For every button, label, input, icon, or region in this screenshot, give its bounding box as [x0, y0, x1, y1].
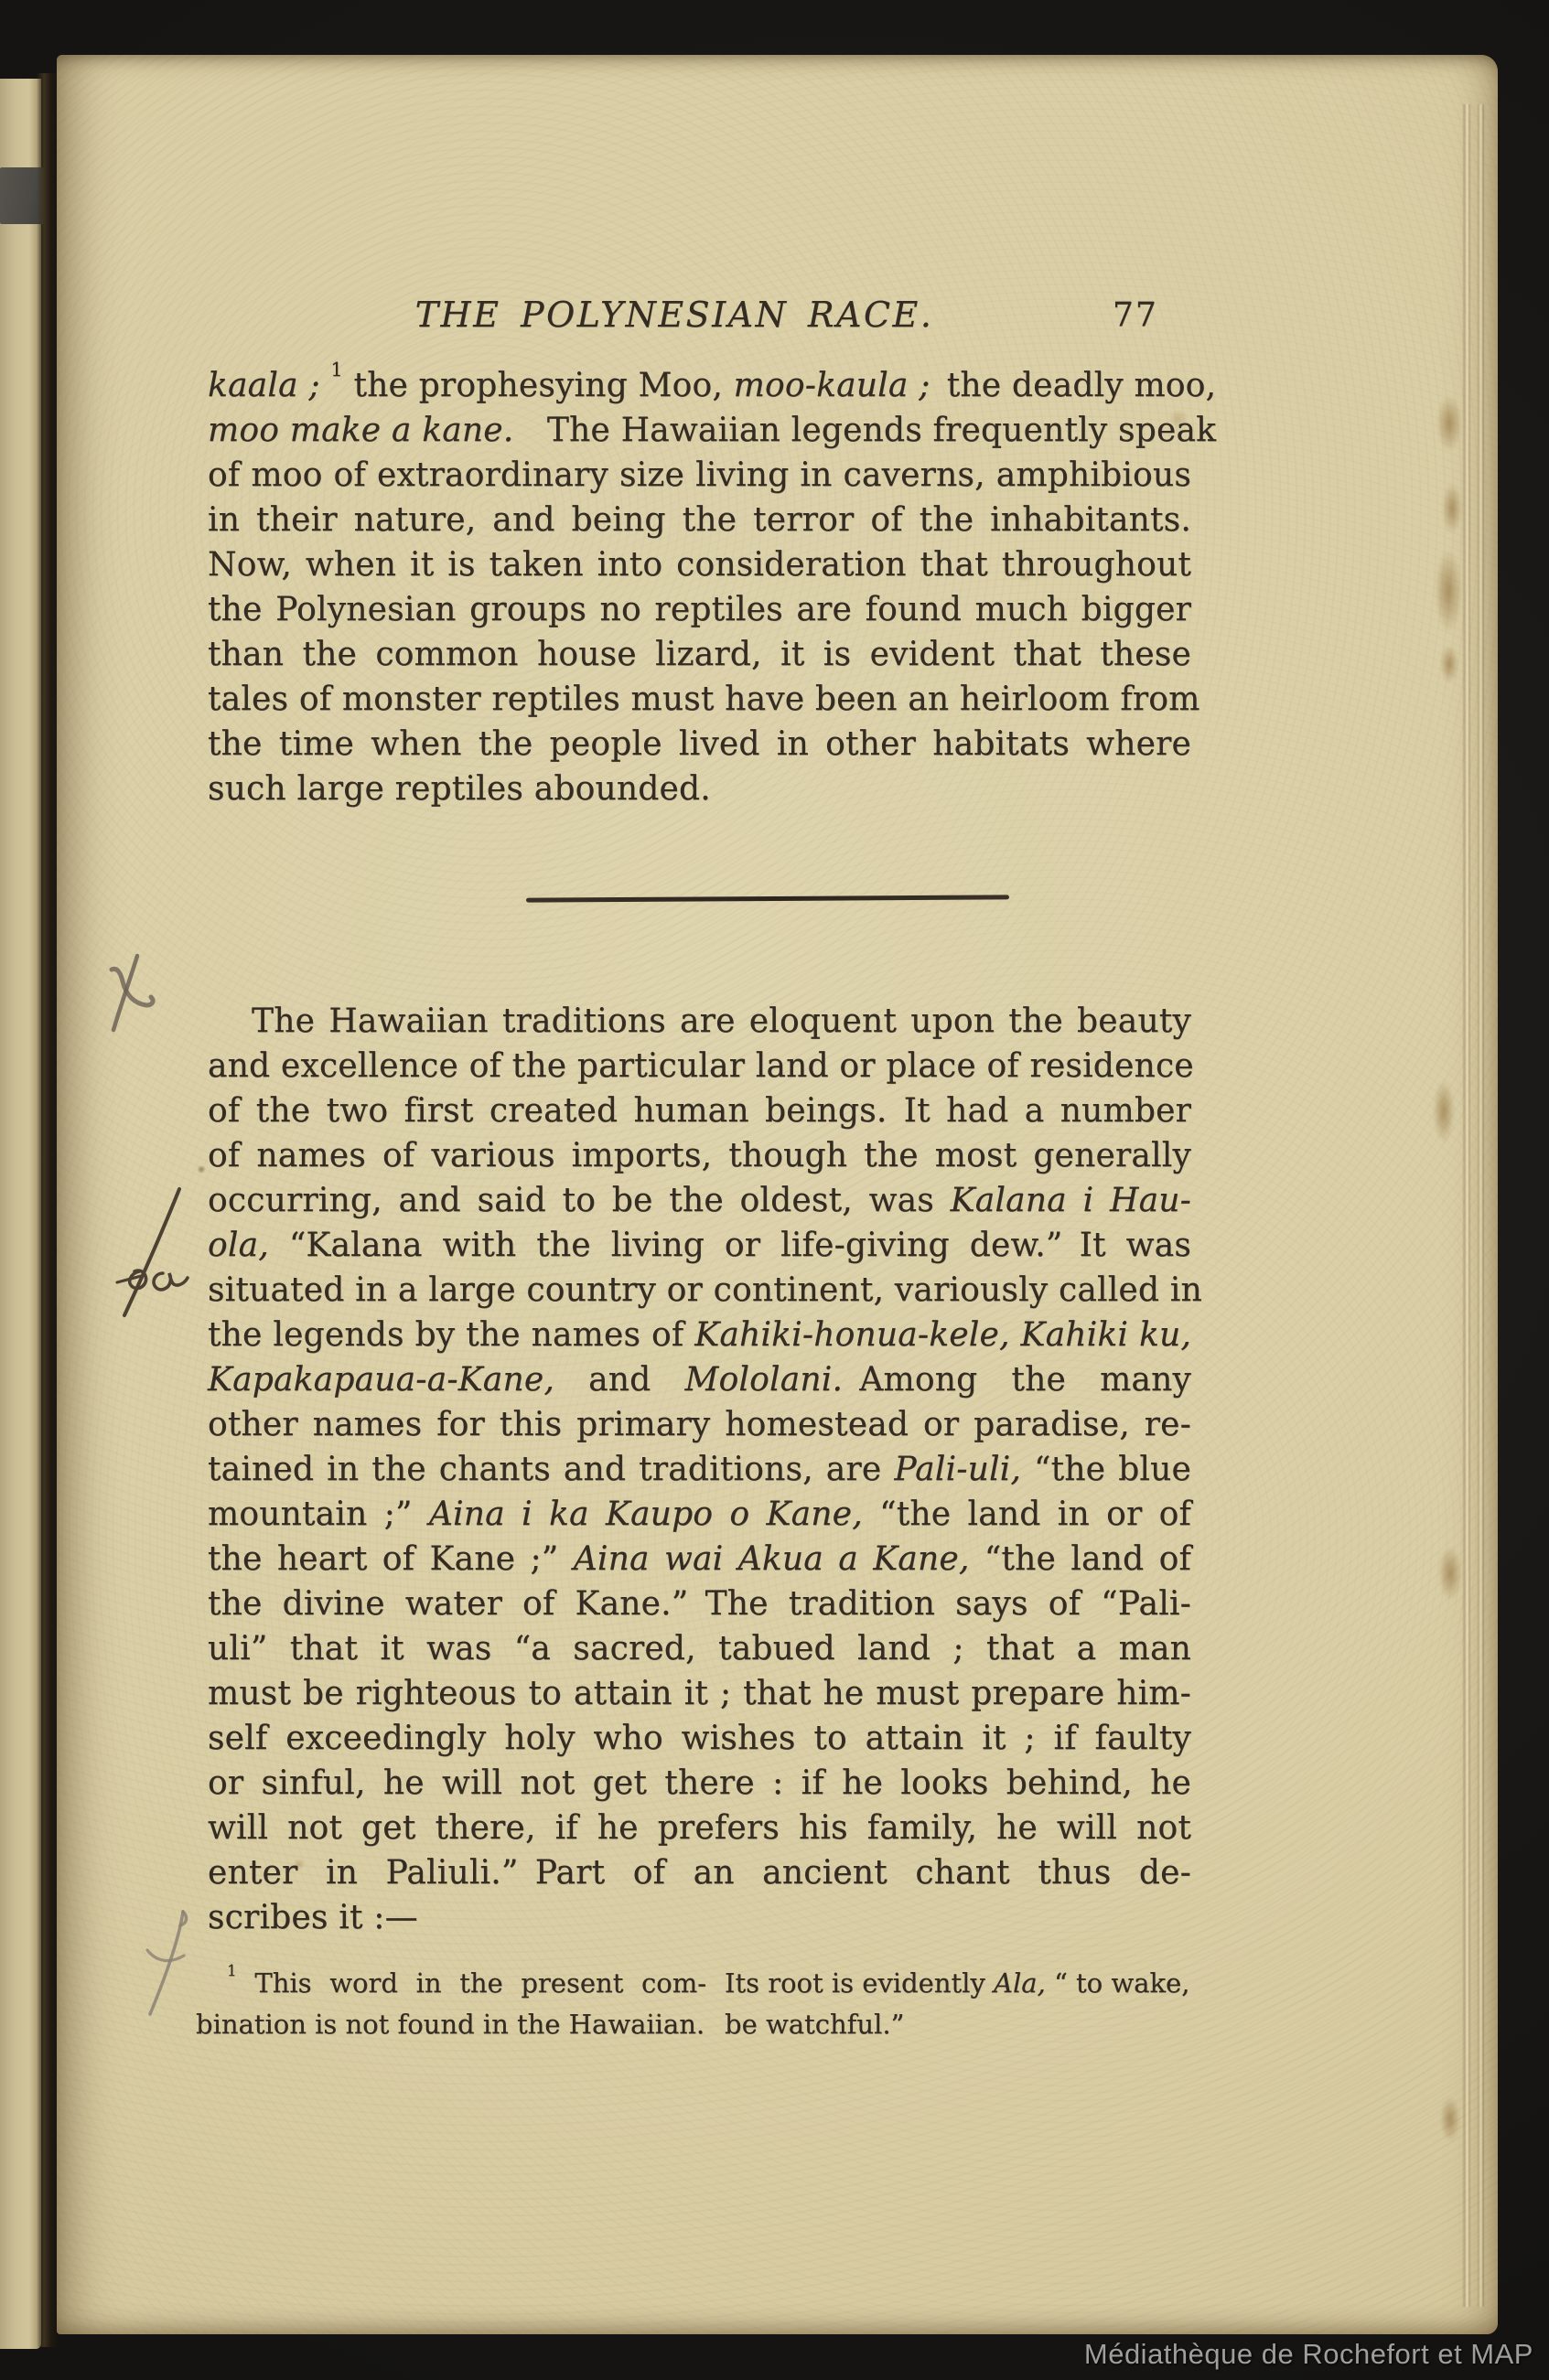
paragraph-hawaiian-traditions: The Hawaiian traditions are eloquent upo…: [208, 999, 1191, 1940]
text-segment: “the land in or of: [863, 1496, 1191, 1533]
text-line: self exceedingly holy who wishes to atta…: [208, 1716, 1191, 1761]
text-line: other names for this primary homestead o…: [208, 1402, 1191, 1447]
edge-stain: [1433, 1079, 1455, 1143]
text-segment: of the two first created human beings. I…: [208, 1092, 1191, 1130]
text-line: the Polynesian groups no reptiles are fo…: [208, 587, 1191, 632]
text-segment: the prophesying Moo,: [343, 367, 734, 404]
page-edge-texture: [1456, 104, 1496, 2307]
edge-stain: [1440, 645, 1458, 683]
edge-stain: [1436, 395, 1462, 452]
text-line: be watchful.”: [725, 2004, 1184, 2045]
text-segment: in their nature, and being the terror of…: [208, 501, 1191, 539]
text-segment: of names of various imports, though the …: [208, 1137, 1191, 1174]
text-segment: The Hawaiian legends frequently speak: [513, 412, 1216, 449]
text-line: the time when the people lived in other …: [208, 722, 1191, 767]
text-line: and excellence of the particular land or…: [208, 1044, 1191, 1088]
text-segment: the deadly moo,: [930, 367, 1217, 404]
italic-text: Aina i ka Kaupo o Kane,: [429, 1496, 863, 1533]
text-segment: Among the many: [843, 1361, 1191, 1399]
text-segment: and: [554, 1361, 684, 1399]
text-segment: and excellence of the particular land or…: [208, 1047, 1194, 1085]
text-segment: Now, when it is taken into consideration…: [208, 546, 1191, 584]
text-line: bination is not found in the Hawaiian.: [196, 2004, 706, 2045]
italic-text: Kalana i Hau-: [951, 1182, 1191, 1219]
italic-text: Aina wai Akua a Kane,: [574, 1540, 970, 1578]
text-segment: “the blue: [1021, 1451, 1191, 1488]
edge-stain: [1442, 483, 1462, 534]
section-divider-rule: [526, 895, 1009, 902]
italic-text: kaala ;: [208, 367, 330, 404]
text-segment: be watchful.”: [725, 2009, 904, 2040]
text-line: tales of monster reptiles must have been…: [208, 677, 1191, 722]
text-line: than the common house lizard, it is evid…: [208, 632, 1191, 677]
gutter-crease: [37, 73, 59, 2347]
text-segment: self exceedingly holy who wishes to atta…: [208, 1720, 1191, 1757]
text-segment: Its root is evidently: [725, 1967, 994, 1999]
paragraph-moo-legends: kaala ; 1 the prophesying Moo, moo-kaula…: [208, 363, 1191, 811]
text-segment: or sinful, he will not get there : if he…: [208, 1764, 1191, 1802]
text-line: of names of various imports, though the …: [208, 1133, 1191, 1178]
footnote-column-left: 1 This word in the present com-bination …: [196, 1963, 706, 2045]
text-segment: the divine water of Kane.” The tradition…: [208, 1585, 1191, 1623]
footnote-reference: 1: [330, 359, 342, 381]
foxing-spot: [197, 1165, 206, 1174]
italic-text: Kahiki-honua-kele, Kahiki ku,: [694, 1316, 1191, 1354]
text-line: Kapakapaua-a-Kane, and Mololani. Among t…: [208, 1357, 1191, 1402]
text-line: of the two first created human beings. I…: [208, 1088, 1191, 1133]
ink-word-annotation: [106, 1185, 209, 1321]
text-line: tained in the chants and traditions, are…: [208, 1447, 1191, 1492]
text-line: scribes it :—: [208, 1895, 1191, 1940]
text-line: must be righteous to attain it ; that he…: [208, 1671, 1191, 1716]
italic-text: ola,: [208, 1227, 269, 1264]
text-segment: uli” that it was “a sacred, tabued land …: [208, 1630, 1191, 1667]
text-segment: tained in the chants and traditions, are: [208, 1451, 894, 1488]
page-number: 77: [1113, 296, 1158, 334]
text-line: the divine water of Kane.” The tradition…: [208, 1581, 1191, 1626]
text-line: situated in a large country or continent…: [208, 1268, 1191, 1313]
text-segment: “ to wake,: [1046, 1967, 1190, 1999]
text-line: enter in Paliuli.” Part of an ancient ch…: [208, 1850, 1191, 1895]
text-segment: bination is not found in the Hawaiian.: [196, 2009, 705, 2040]
text-line: in their nature, and being the terror of…: [208, 498, 1191, 542]
text-segment: of moo of extraordinary size living in c…: [208, 456, 1191, 494]
text-segment: other names for this primary homestead o…: [208, 1406, 1191, 1443]
text-line: will not get there, if he prefers his fa…: [208, 1806, 1191, 1850]
italic-text: Pali-uli,: [894, 1451, 1021, 1488]
text-segment: “Kalana with the living or life-giving d…: [269, 1227, 1191, 1264]
text-line: uli” that it was “a sacred, tabued land …: [208, 1626, 1191, 1671]
text-line: The Hawaiian traditions are eloquent upo…: [208, 999, 1191, 1044]
text-segment: the time when the people lived in other …: [208, 725, 1191, 763]
text-line: such large reptiles abounded.: [208, 767, 1191, 811]
text-segment: occurring, and said to be the oldest, wa…: [208, 1182, 951, 1219]
text-line: Its root is evidently Ala, “ to wake,: [725, 1963, 1184, 2004]
footnote-reference: 1: [227, 1961, 237, 1979]
text-line: the heart of Kane ;” Aina wai Akua a Kan…: [208, 1537, 1191, 1581]
italic-text: moo make a kane.: [208, 412, 513, 449]
pencil-x-mark: [101, 949, 167, 1039]
text-line: or sinful, he will not get there : if he…: [208, 1761, 1191, 1806]
text-line: Now, when it is taken into consideration…: [208, 542, 1191, 587]
text-segment: the legends by the names of: [208, 1316, 694, 1354]
text-line: mountain ;” Aina i ka Kaupo o Kane, “the…: [208, 1492, 1191, 1537]
text-segment: must be righteous to attain it ; that he…: [208, 1675, 1191, 1712]
edge-stain: [1438, 1546, 1462, 1601]
library-watermark: Médiathèque de Rochefort et MAP: [1084, 2338, 1533, 2371]
facing-page-edge: [0, 79, 41, 2349]
text-segment: such large reptiles abounded.: [208, 770, 711, 808]
italic-text: Mololani.: [684, 1361, 843, 1399]
text-line: occurring, and said to be the oldest, wa…: [208, 1178, 1191, 1223]
text-segment: scribes it :—: [208, 1899, 418, 1936]
edge-stain: [1440, 2096, 1460, 2142]
text-segment: “the land of: [970, 1540, 1192, 1578]
text-segment: the Polynesian groups no reptiles are fo…: [208, 591, 1191, 628]
text-segment: enter in Paliuli.” Part of an ancient ch…: [208, 1854, 1191, 1892]
running-header-title: THE POLYNESIAN RACE.: [57, 295, 1292, 335]
text-line: kaala ; 1 the prophesying Moo, moo-kaula…: [208, 363, 1191, 408]
text-segment: the heart of Kane ;”: [208, 1540, 574, 1578]
text-line: 1 This word in the present com-: [196, 1963, 706, 2004]
text-segment: than the common house lizard, it is evid…: [208, 636, 1191, 673]
footnote-column-right: Its root is evidently Ala, “ to wake,be …: [725, 1963, 1184, 2045]
text-line: the legends by the names of Kahiki-honua…: [208, 1313, 1191, 1357]
italic-text: Kapakapaua-a-Kane,: [208, 1361, 554, 1399]
text-segment: mountain ;”: [208, 1496, 429, 1533]
italic-text: Ala,: [994, 1967, 1046, 1999]
book-page: THE POLYNESIAN RACE. 77 kaala ; 1 the pr…: [57, 55, 1498, 2334]
footnote: 1 This word in the present com-bination …: [196, 1963, 1184, 2045]
text-line: ola, “Kalana with the living or life-giv…: [208, 1223, 1191, 1268]
scanned-book-page-photo: THE POLYNESIAN RACE. 77 kaala ; 1 the pr…: [0, 0, 1549, 2380]
text-segment: situated in a large country or continent…: [208, 1271, 1202, 1309]
text-segment: will not get there, if he prefers his fa…: [208, 1809, 1191, 1847]
edge-stain: [1435, 549, 1462, 633]
text-line: of moo of extraordinary size living in c…: [208, 453, 1191, 498]
italic-text: moo-kaula ;: [734, 367, 930, 404]
text-line: moo make a kane. The Hawaiian legends fr…: [208, 408, 1191, 453]
text-segment: tales of monster reptiles must have been…: [208, 681, 1200, 718]
text-segment: This word in the present com-: [237, 1967, 706, 1999]
text-segment: The Hawaiian traditions are eloquent upo…: [252, 1002, 1191, 1040]
